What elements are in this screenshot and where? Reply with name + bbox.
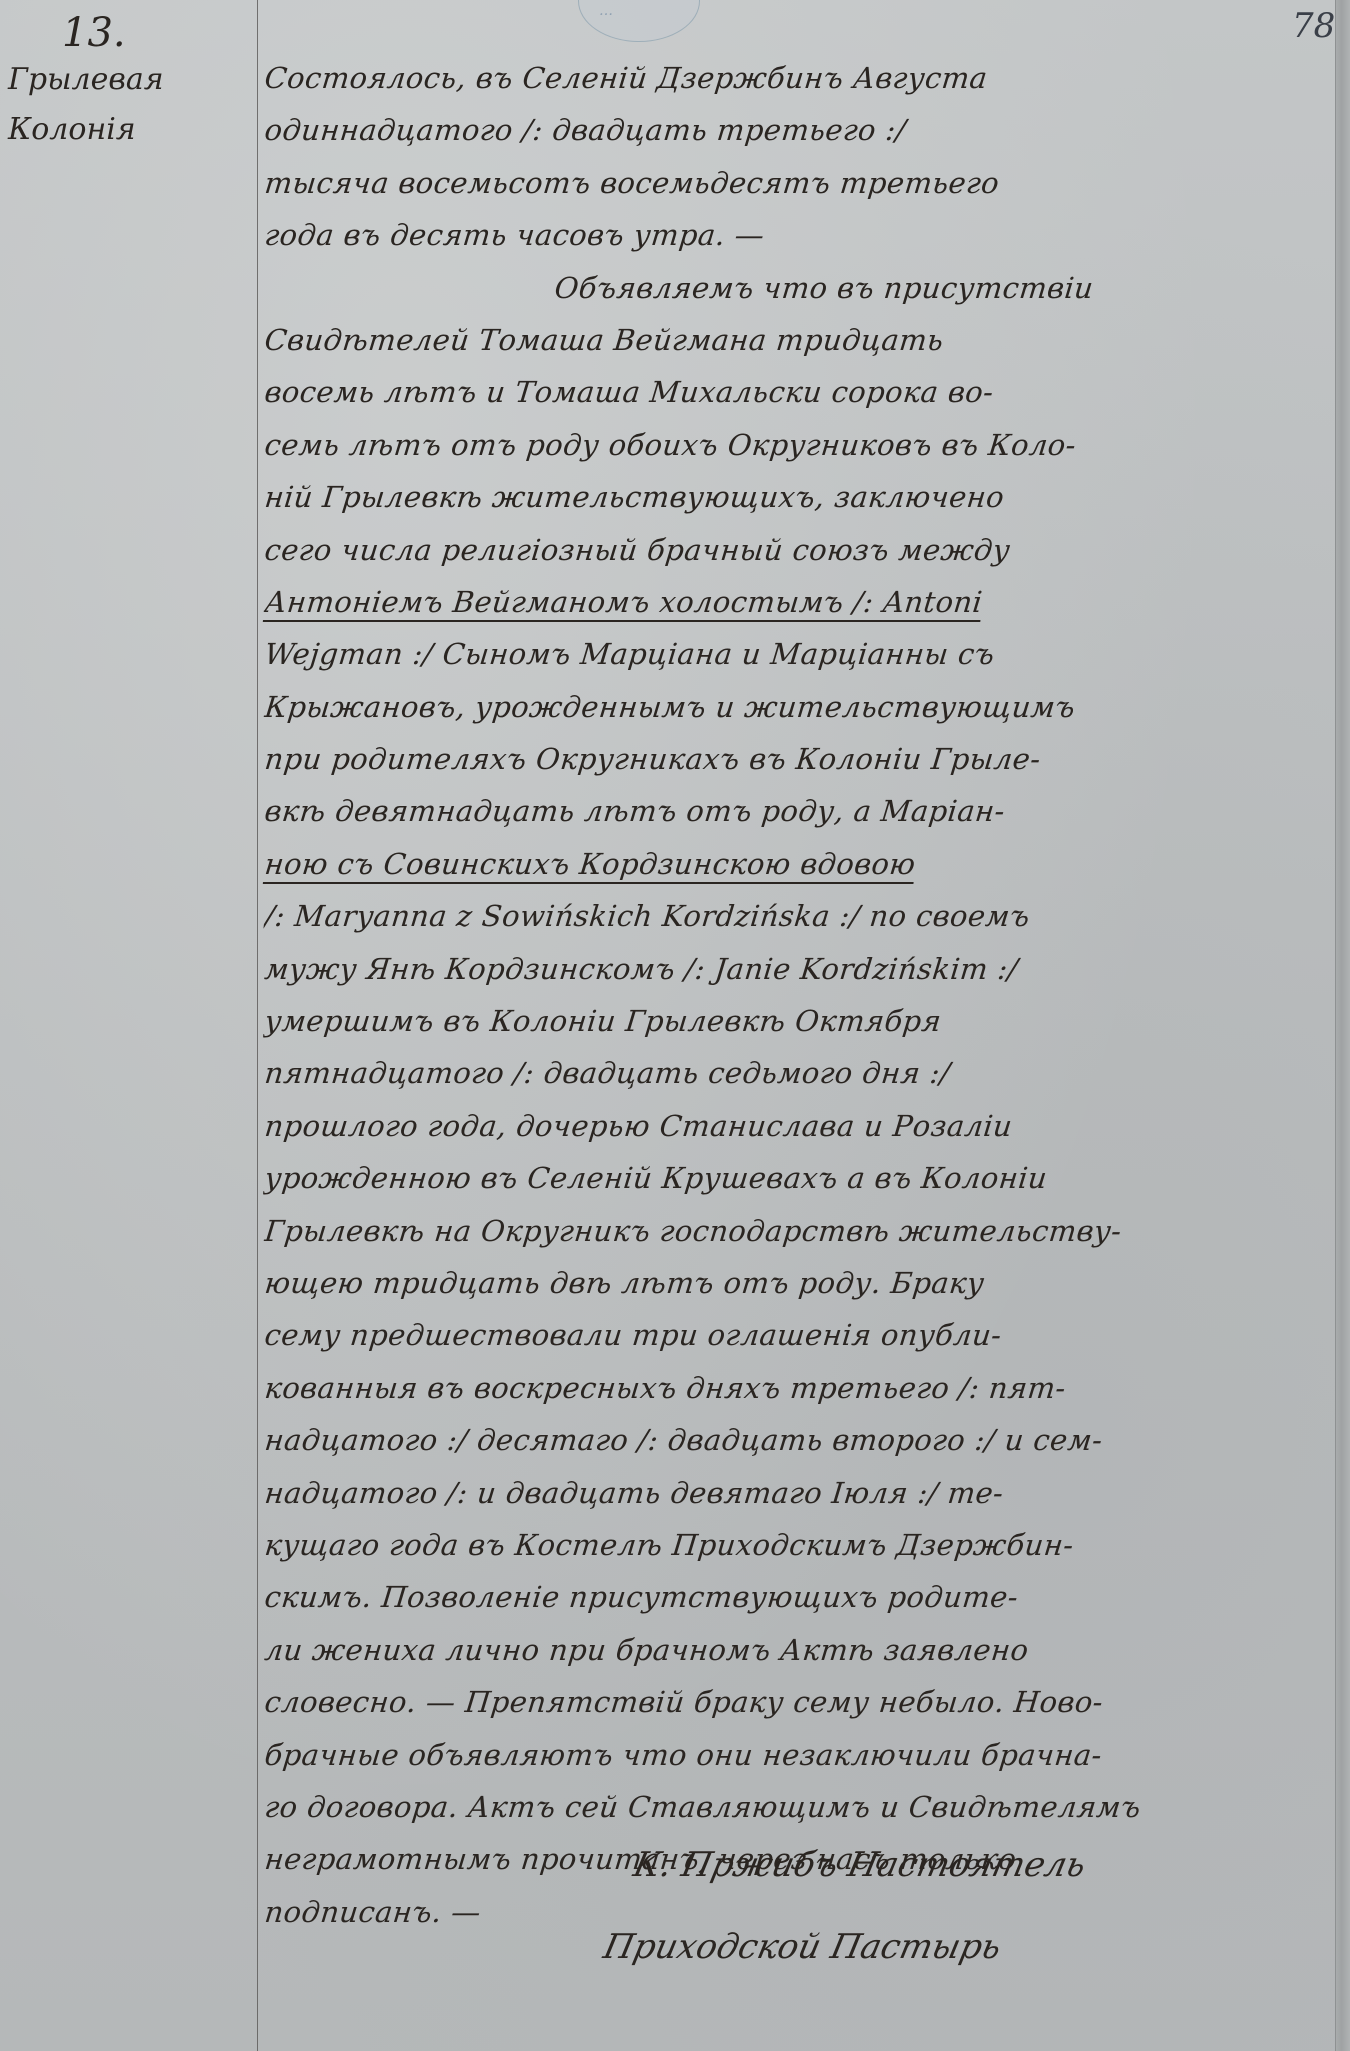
margin-place-line-2: Колонія — [8, 112, 136, 147]
text-line: /: Maryanna z Sowińskich Kordzińska :/ п… — [262, 890, 1346, 942]
text-line: при родителяхъ Округникахъ въ Колоніи Гр… — [262, 733, 1346, 785]
text-line: Грылевкѣ на Округникъ господарствѣ жител… — [262, 1205, 1346, 1257]
text-line: го договора. Актъ сей Ставляющимъ и Свид… — [262, 1781, 1346, 1833]
act-text-body: Состоялось, въ Селеній Дзержбинъ Августа… — [262, 52, 1340, 1938]
text-line: ющею тридцать двѣ лѣтъ отъ роду. Браку — [262, 1257, 1346, 1309]
text-line: кованныя въ воскресныхъ дняхъ третьего /… — [262, 1362, 1346, 1414]
page-number: 78 — [1292, 6, 1335, 46]
text-line: пятнадцатого /: двадцать седьмого дня :/ — [262, 1047, 1346, 1099]
text-line-bride: ною съ Совинскихъ Кордзинскою вдовою — [262, 838, 1346, 890]
text-line: одиннадцатого /: двадцать третьего :/ — [262, 104, 1346, 156]
signature-priest: К. Пржибъ Настоятель — [630, 1845, 1089, 1885]
text-line: тысяча восемьсотъ восемьдесятъ третьего — [262, 157, 1346, 209]
text-line: надцатого /: и двадцать девятаго Іюля :/… — [262, 1467, 1346, 1519]
text-line: Свидѣтелей Томаша Вейгмана тридцать — [262, 314, 1346, 366]
text-line: семь лѣтъ отъ роду обоихъ Округниковъ въ… — [262, 419, 1346, 471]
text-line: надцатого :/ десятаго /: двадцать второг… — [262, 1414, 1346, 1466]
text-line: урожденною въ Селеній Крушевахъ а въ Кол… — [262, 1152, 1346, 1204]
text-line: Крыжановъ, урожденнымъ и жительствующимъ — [262, 681, 1346, 733]
text-line-groom: Антоніемъ Вейгманомъ холостымъ /: Antoni — [262, 576, 1346, 628]
text-line: ній Грылевкѣ жительствующихъ, заключено — [262, 471, 1346, 523]
text-line: года въ десять часовъ утра. — — [262, 209, 1346, 261]
entry-number: 13. — [62, 10, 126, 56]
text-line: умершимъ въ Колоніи Грылевкѣ Октября — [262, 995, 1346, 1047]
text-line: прошлого года, дочерью Станислава и Роза… — [262, 1100, 1346, 1152]
archive-stamp: … — [578, 0, 700, 42]
text-line: словесно. — Препятствій браку сему небыл… — [262, 1676, 1346, 1728]
text-line: кущаго года въ Костелѣ Приходскимъ Дзерж… — [262, 1519, 1346, 1571]
text-line: сему предшествовали три оглашенія опубли… — [262, 1309, 1346, 1361]
margin-place-line-1: Грылевая — [8, 62, 164, 97]
text-line: Wejgman :/ Сыномъ Марціана и Марціанны с… — [262, 628, 1346, 680]
text-line: восемь лѣтъ и Томаша Михальски сорока во… — [262, 366, 1346, 418]
signature-parish: Приходской Пастырь — [600, 1927, 1005, 1967]
text-line: вкѣ девятнадцать лѣтъ отъ роду, а Маріан… — [262, 785, 1346, 837]
stamp-text: … — [599, 3, 613, 19]
text-line: скимъ. Позволеніе присутствующихъ родите… — [262, 1571, 1346, 1623]
text-line: ли жениха лично при брачномъ Актѣ заявле… — [262, 1624, 1346, 1676]
text-line: сего числа религіозный брачный союзъ меж… — [262, 524, 1346, 576]
text-line: брачные объявляютъ что они незаключили б… — [262, 1729, 1346, 1781]
text-line: мужу Янѣ Кордзинскомъ /: Janie Kordzińsk… — [262, 943, 1346, 995]
margin-rule-line — [257, 0, 258, 2051]
document-page: … 78 13. Грылевая Колонія Состоялось, въ… — [0, 0, 1350, 2051]
text-line: Состоялось, въ Селеній Дзержбинъ Августа — [262, 52, 1346, 104]
text-line: Объявляемъ что въ присутствіи — [262, 262, 1346, 314]
